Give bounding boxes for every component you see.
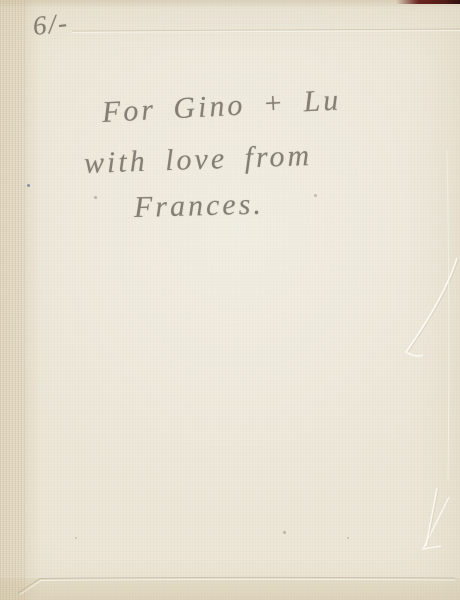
pencil-price-mark: 6/- [31, 7, 70, 42]
pencil-dot [314, 194, 317, 197]
paper-speck [75, 537, 77, 539]
left-edge-shadow [26, 0, 40, 600]
turn-in-bottom-band [0, 578, 460, 600]
book-endpaper-scan: 6/- For Gino + Lu with love from Frances… [0, 0, 460, 600]
crease-x-right-b [423, 497, 449, 549]
crease-vertical-right [447, 150, 449, 480]
maroon-cover-sliver [396, 0, 460, 4]
inscription-line-3: Frances. [134, 188, 265, 225]
page-top-edge [0, 0, 460, 7]
crease-line-top-highlight [72, 31, 460, 33]
crease-curve-right [406, 258, 457, 356]
ink-speck [27, 184, 30, 187]
paper-speck [283, 531, 286, 534]
crease-line-top [72, 29, 460, 31]
crease-x-right-a [426, 488, 437, 546]
crease-x-right-shadow [428, 489, 439, 546]
cloth-texture-left-edge [0, 0, 26, 600]
inscription-line-2: with love from [83, 139, 312, 181]
pencil-dot [94, 196, 97, 199]
crease-curve-right-shadow [408, 259, 459, 353]
paper-speck [347, 537, 349, 539]
inscription-line-1: For Gino + Lu [101, 83, 342, 129]
